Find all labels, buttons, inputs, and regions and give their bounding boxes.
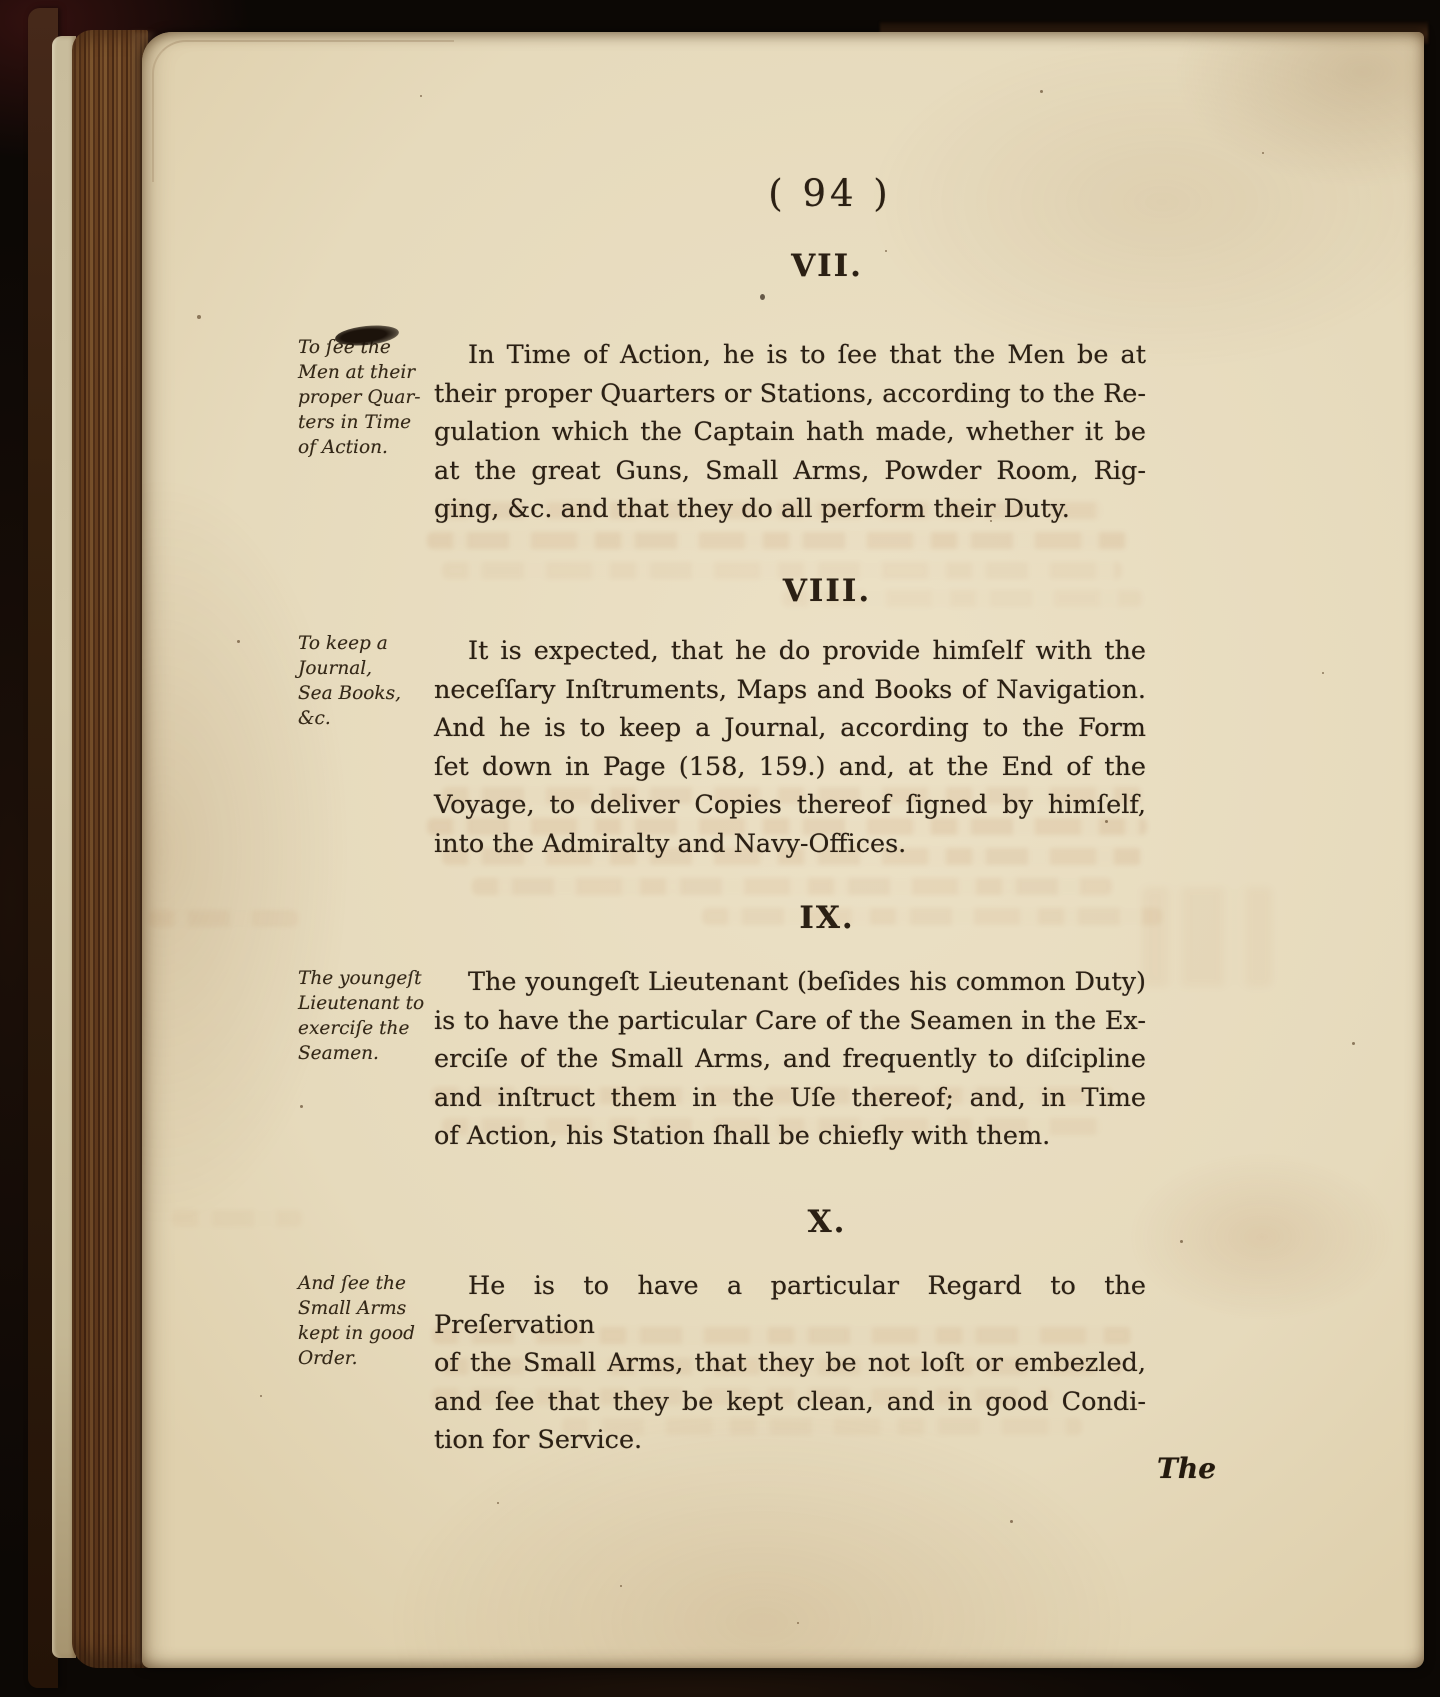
body-line: of Action, his Station ſhall be chiefly … [434,1117,1146,1156]
cover-impression-line [152,40,454,182]
note-line: &c. [298,706,434,731]
foxing-speck [260,1395,262,1397]
section-heading: VII. [471,248,1183,284]
foxing-speck [1262,152,1264,154]
foxing-speck [197,315,201,319]
note-line: Sea Books, [298,681,434,706]
body-line: of the Small Arms, that they be not loſt… [434,1344,1146,1383]
foxing-speck [497,1502,499,1504]
foxing-speck [300,1105,303,1108]
margin-note: The youngeſtLieutenant toexerciſe theSea… [298,966,434,1066]
note-line: kept in good [298,1321,434,1346]
foxing-speck [620,1585,622,1587]
foxing-speck [1040,90,1043,93]
note-line: Journal, [298,656,434,681]
margin-note: To ſee theMen at theirproper Quar-ters i… [298,335,434,460]
body-line: gulation which the Captain hath made, wh… [434,413,1146,452]
body-line: ſet down in Page (158, 159.) and, at the… [434,748,1146,787]
note-line: The youngeſt [298,966,434,991]
note-line: Lieutenant to [298,991,434,1016]
body-line: erciſe of the Small Arms, and frequently… [434,1040,1146,1079]
show-through-band [148,910,298,927]
section-heading: IX. [471,900,1183,936]
foxing-speck [1010,1520,1013,1523]
page-number: ( 94 ) [474,172,1186,215]
foxing-speck [1322,672,1324,674]
body-line: It is expected, that he do provide himſe… [434,632,1146,671]
margin-note: To keep aJournal,Sea Books,&c. [298,631,434,731]
book-page: ( 94 ) VII. To ſee theMen at theirproper… [142,32,1424,1668]
body-paragraph: The youngeſt Lieutenant (beſides his com… [434,963,1146,1156]
note-line: To keep a [298,631,434,656]
body-line: ging, &c. and that they do all perform t… [434,490,1146,529]
body-line: He is to have a particular Regard to the… [434,1267,1146,1344]
body-line: into the Admiralty and Navy-Offices. [434,825,1146,864]
section-heading: VIII. [471,573,1183,609]
body-line: and inſtruct them in the Uſe thereof; an… [434,1079,1146,1118]
note-line: Small Arms [298,1296,434,1321]
show-through-band [472,878,1112,895]
body-line: Voyage, to deliver Copies thereof ſigned… [434,786,1146,825]
note-line: Men at their [298,360,434,385]
body-line: The youngeſt Lieutenant (beſides his com… [434,963,1146,1002]
foxing-speck [1352,1042,1355,1045]
catchword: The [1157,1452,1216,1485]
foxing-speck [237,640,240,643]
note-line: of Action. [298,435,434,460]
margin-note: And ſee theSmall Armskept in goodOrder. [298,1271,434,1371]
scanned-book-photo: { "page": { "number_display": "( 94 )", … [0,0,1440,1697]
body-line: And he is to keep a Journal, according t… [434,709,1146,748]
show-through-band [427,532,1127,549]
note-line: Seamen. [298,1041,434,1066]
body-paragraph: It is expected, that he do provide himſe… [434,632,1146,864]
note-line: proper Quar- [298,385,434,410]
body-line: In Time of Action, he is to ſee that the… [434,336,1146,375]
body-line: and ſee that they be kept clean, and in … [434,1383,1146,1422]
foxing-speck [1180,1240,1183,1243]
body-line: at the great Guns, Small Arms, Powder Ro… [434,452,1146,491]
foxing-speck [797,1622,799,1624]
show-through-band [172,1210,302,1227]
body-paragraph: In Time of Action, he is to ſee that the… [434,336,1146,529]
body-line: is to have the particular Care of the Se… [434,1002,1146,1041]
body-line: their proper Quarters or Stations, accor… [434,375,1146,414]
body-line: tion for Service. [434,1421,1146,1460]
body-paragraph: He is to have a particular Regard to the… [434,1267,1146,1460]
note-line: exerciſe the [298,1016,434,1041]
ink-speck [760,294,765,300]
body-line: neceſſary Inſtruments, Maps and Books of… [434,671,1146,710]
note-line: And ſee the [298,1271,434,1296]
note-line: Order. [298,1346,434,1371]
foxing-speck [420,95,422,97]
section-heading: X. [471,1204,1183,1240]
note-line: ters in Time [298,410,434,435]
